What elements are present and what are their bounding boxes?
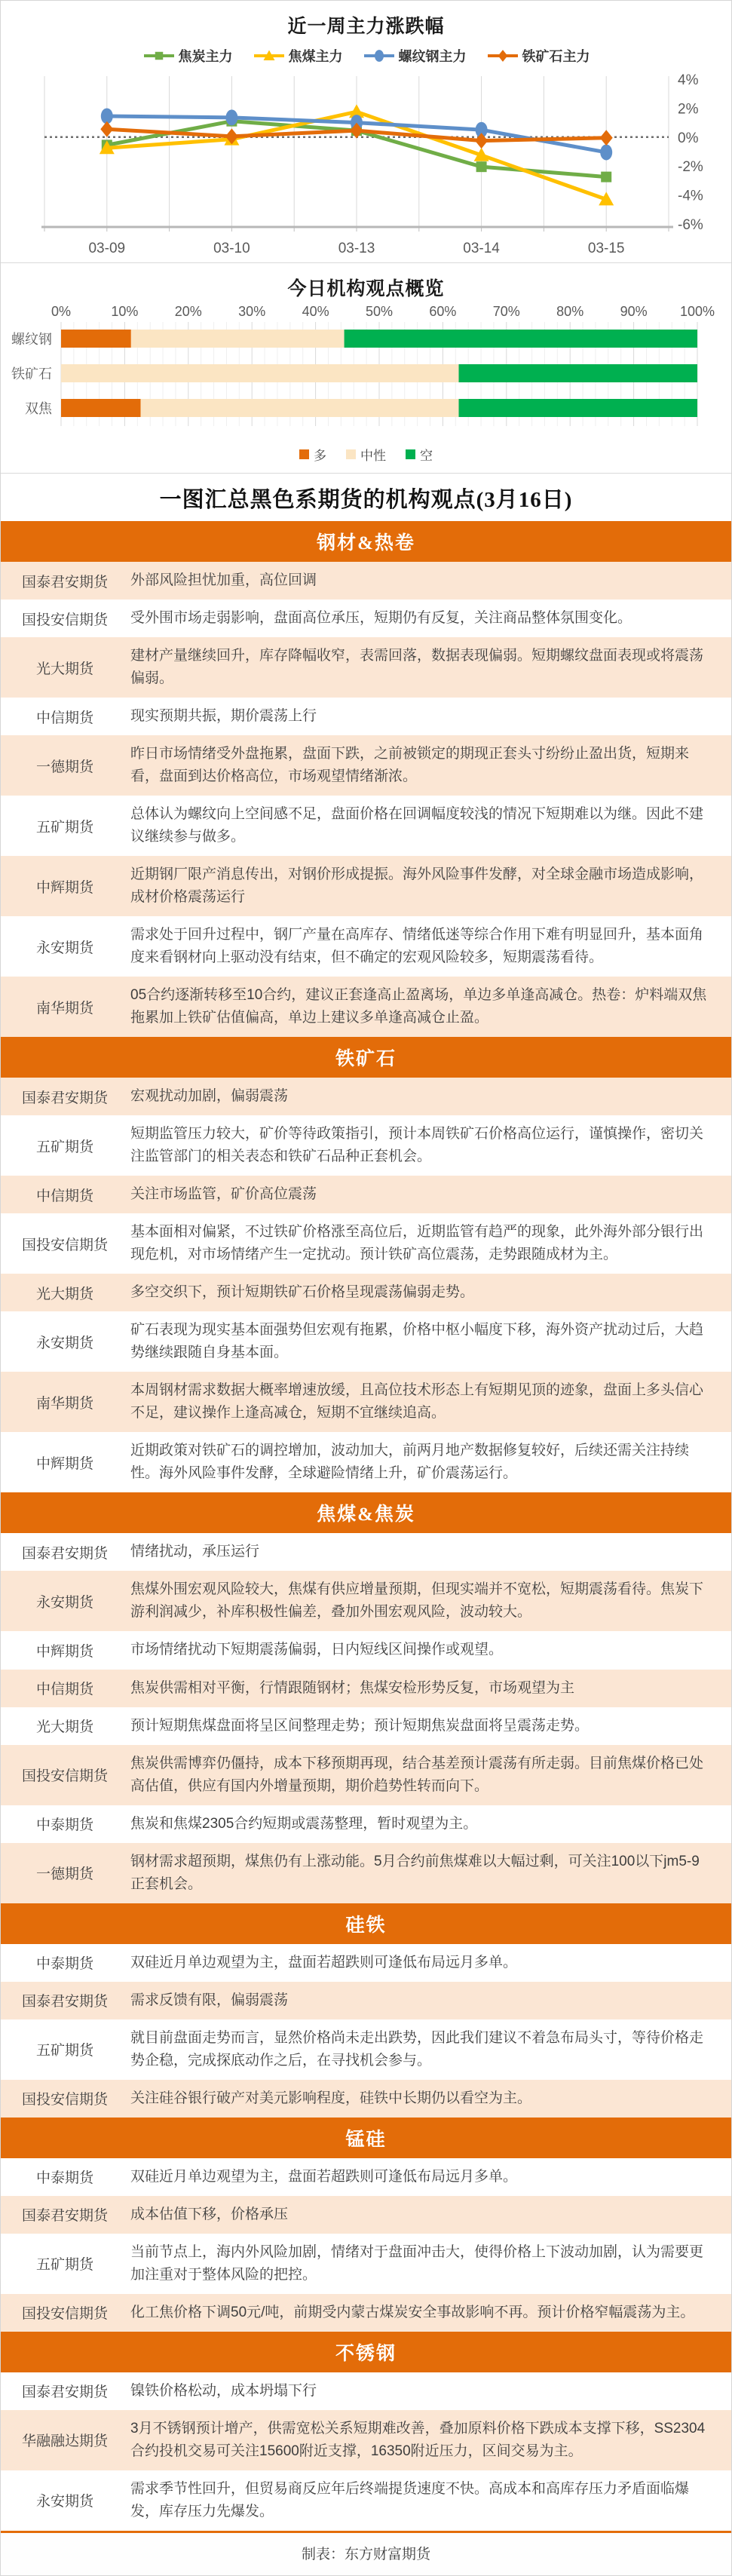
viewpoint-text: 情绪扰动，承压运行 (129, 1533, 731, 1571)
viewpoint-text: 化工焦价格下调50元/吨，前期受内蒙古煤炭安全事故影响不再。预计价格窄幅震荡为主… (129, 2294, 731, 2332)
table-row: 国泰君安期货镍铁价格松动，成本坍塌下行 (1, 2372, 731, 2410)
institution-name: 中辉期货 (1, 1445, 129, 1480)
viewpoint-text: 3月不锈钢预计增产，供需宽松关系短期难改善，叠加原料价格下跌成本支撑下移，SS2… (129, 2410, 731, 2470)
table-row: 南华期货05合约逐渐转移至10合约，建议正套逢高止盈离场，单边多单逢高减仓。热卷… (1, 977, 731, 1037)
table-row: 永安期货焦煤外围宏观风险较大，焦煤有供应增量预期，但现实端并不宽松，短期震荡看待… (1, 1571, 731, 1631)
institution-name: 永安期货 (1, 2482, 129, 2518)
institution-name: 一德期货 (1, 1855, 129, 1891)
table-row: 中泰期货双硅近月单边观望为主，盘面若超跌则可逢低布局远月多单。 (1, 2158, 731, 2196)
svg-text:铁矿石: 铁矿石 (11, 366, 52, 382)
table-row: 五矿期货短期监管压力较大，矿价等待政策指引，预计本周铁矿石价格高位运行，谨慎操作… (1, 1115, 731, 1176)
institution-name: 南华期货 (1, 1385, 129, 1420)
table-row: 光大期货多空交织下，预计短期铁矿石价格呈现震荡偏弱走势。 (1, 1274, 731, 1311)
legend-swatch-icon (346, 449, 356, 459)
table-row: 一德期货昨日市场情绪受外盘拖累，盘面下跌，之前被锁定的期现正套头寸纷纷止盈出货，… (1, 735, 731, 796)
section-header: 焦煤&焦炭 (1, 1492, 731, 1533)
svg-text:双焦: 双焦 (25, 401, 53, 416)
institution-name: 南华期货 (1, 989, 129, 1025)
institution-name: 一德期货 (1, 748, 129, 784)
institution-name: 五矿期货 (1, 1128, 129, 1164)
table-row: 中信期货现实预期共振，期价震荡上行 (1, 698, 731, 735)
svg-text:30%: 30% (238, 304, 265, 319)
viewpoint-text: 外部风险担忧加重，高位回调 (129, 562, 731, 600)
svg-text:4%: 4% (678, 72, 699, 88)
institution-name: 五矿期货 (1, 2032, 129, 2067)
bar-chart-title: 今日机构观点概览 (1, 263, 731, 304)
section-header: 铁矿石 (1, 1037, 731, 1078)
institution-name: 光大期货 (1, 1708, 129, 1743)
legend-item-2: 螺纹钢主力 (363, 46, 467, 66)
table-row: 五矿期货当前节点上，海内外风险加剧，情绪对于盘面冲击大，使得价格上下波动加剧，认… (1, 2234, 731, 2294)
table-row: 国投安信期货化工焦价格下调50元/吨，前期受内蒙古煤炭安全事故影响不再。预计价格… (1, 2294, 731, 2332)
institution-name: 光大期货 (1, 650, 129, 685)
table-row: 国投安信期货关注硅谷银行破产对美元影响程度，硅铁中长期仍以看空为主。 (1, 2080, 731, 2118)
data-point (600, 130, 613, 146)
viewpoint-text: 钢材需求超预期，煤焦仍有上涨动能。5月合约前焦煤难以大幅过剩，可关注100以下j… (129, 1843, 731, 1903)
svg-text:03-15: 03-15 (588, 241, 625, 256)
institution-name: 国投安信期货 (1, 1226, 129, 1262)
data-point (601, 172, 611, 182)
svg-text:-2%: -2% (678, 159, 703, 175)
svg-text:0%: 0% (51, 304, 71, 319)
table-row: 中泰期货双硅近月单边观望为主，盘面若超跌则可逢低布局远月多单。 (1, 1944, 731, 1982)
table-row: 国泰君安期货需求反馈有限，偏弱震荡 (1, 1982, 731, 2019)
legend-label: 铁矿石主力 (522, 46, 590, 66)
legend-marker-icon (142, 47, 176, 65)
viewpoint-text: 成本估值下移，价格承压 (129, 2196, 731, 2234)
svg-text:03-10: 03-10 (213, 241, 250, 256)
institution-name: 华融融达期货 (1, 2422, 129, 2458)
viewpoint-text: 总体认为螺纹向上空间感不足，盘面价格在回调幅度较浅的情况下短期难以为继。因此不建… (129, 796, 731, 856)
table-row: 华融融达期货3月不锈钢预计增产，供需宽松关系短期难改善，叠加原料价格下跌成本支撑… (1, 2410, 731, 2470)
viewpoint-text: 需求季节性回升，但贸易商反应年后终端提货速度不快。高成本和高库存压力矛盾面临爆发… (129, 2470, 731, 2531)
institution-name: 五矿期货 (1, 2246, 129, 2281)
viewpoint-text: 关注硅谷银行破产对美元影响程度，硅铁中长期仍以看空为主。 (129, 2080, 731, 2118)
viewpoint-text: 需求处于回升过程中，钢厂产量在高库存、情绪低迷等综合作用下难有明显回升，基本面角… (129, 916, 731, 977)
section-header: 钢材&热卷 (1, 521, 731, 562)
data-point (475, 133, 488, 149)
table-title: 一图汇总黑色系期货的机构观点(3月16日) (1, 474, 731, 521)
viewpoint-text: 宏观扰动加剧，偏弱震荡 (129, 1078, 731, 1115)
section-header: 锰硅 (1, 2118, 731, 2158)
svg-text:-4%: -4% (678, 189, 703, 204)
table-row: 国泰君安期货宏观扰动加剧，偏弱震荡 (1, 1078, 731, 1115)
svg-text:螺纹钢: 螺纹钢 (11, 332, 52, 347)
svg-text:50%: 50% (366, 304, 393, 319)
table-row: 永安期货需求处于回升过程中，钢厂产量在高库存、情绪低迷等综合作用下难有明显回升，… (1, 916, 731, 977)
table-row: 永安期货需求季节性回升，但贸易商反应年后终端提货速度不快。高成本和高库存压力矛盾… (1, 2470, 731, 2531)
report-page: 近一周主力涨跌幅 焦炭主力焦煤主力螺纹钢主力铁矿石主力 4%2%0%-2%-4%… (0, 0, 732, 2576)
table-row: 永安期货矿石表现为现实基本面强势但宏观有拖累，价格中枢小幅度下移，海外资产扰动过… (1, 1311, 731, 1372)
svg-text:60%: 60% (429, 304, 456, 319)
table-row: 国投安信期货受外围市场走弱影响，盘面高位承压，短期仍有反复，关注商品整体氛围变化… (1, 600, 731, 637)
section-header: 硅铁 (1, 1903, 731, 1944)
data-point (225, 109, 237, 125)
legend-label: 焦炭主力 (179, 46, 233, 66)
bar-segment-多 (61, 330, 131, 348)
institution-name: 永安期货 (1, 1584, 129, 1619)
institution-name: 中泰期货 (1, 2159, 129, 2194)
viewpoint-text: 双硅近月单边观望为主，盘面若超跌则可逢低布局远月多单。 (129, 1944, 731, 1982)
viewpoint-text: 建材产量继续回升，库存降幅收窄，表需回落，数据表现偏弱。短期螺纹盘面表现或将震荡… (129, 637, 731, 698)
institution-name: 中辉期货 (1, 1633, 129, 1668)
institution-name: 国泰君安期货 (1, 1535, 129, 1570)
legend-label: 多 (314, 445, 326, 464)
bar-legend-item-0: 多 (299, 445, 326, 464)
viewpoint-text: 就目前盘面走势而言，显然价格尚未走出跌势，因此我们建议不着急布局头寸，等待价格走… (129, 2019, 731, 2080)
institution-name: 国泰君安期货 (1, 563, 129, 599)
table-row: 中信期货焦炭供需相对平衡，行情跟随钢材；焦煤安检形势反复，市场观望为主 (1, 1670, 731, 1707)
data-point (375, 50, 384, 62)
viewpoint-text: 现实预期共振，期价震荡上行 (129, 698, 731, 735)
bar-segment-空 (459, 364, 698, 382)
svg-text:70%: 70% (493, 304, 520, 319)
institution-name: 国投安信期货 (1, 1757, 129, 1792)
table-row: 南华期货本周钢材需求数据大概率增速放缓，且高位技术形态上有短期见顶的迹象，盘面上… (1, 1372, 731, 1432)
viewpoint-text: 近期钢厂限产消息传出，对钢价形成提振。海外风险事件发酵，对全球金融市场造成影响，… (129, 856, 731, 916)
institution-name: 光大期货 (1, 1275, 129, 1311)
svg-text:80%: 80% (556, 304, 583, 319)
institution-name: 国泰君安期货 (1, 2197, 129, 2232)
institution-name: 五矿期货 (1, 808, 129, 844)
viewpoint-text: 05合约逐渐转移至10合约，建议正套逢高止盈离场，单边多单逢高减仓。热卷：炉料端… (129, 977, 731, 1037)
svg-text:03-14: 03-14 (463, 241, 500, 256)
bar-legend-item-2: 空 (406, 445, 433, 464)
svg-text:90%: 90% (620, 304, 648, 319)
line-chart: 4%2%0%-2%-4%-6%03-0903-1003-1303-1403-15 (1, 67, 731, 259)
table-row: 中信期货关注市场监管，矿价高位震荡 (1, 1176, 731, 1213)
viewpoint-text: 镍铁价格松动，成本坍塌下行 (129, 2372, 731, 2410)
table-row: 光大期货预计短期焦煤盘面将呈区间整理走势；预计短期焦炭盘面将呈震荡走势。 (1, 1707, 731, 1745)
bar-segment-中性 (131, 330, 345, 348)
institution-name: 国投安信期货 (1, 2081, 129, 2116)
viewpoint-table: 钢材&热卷国泰君安期货外部风险担忧加重，高位回调国投安信期货受外围市场走弱影响，… (1, 521, 731, 2531)
table-row: 国投安信期货基本面相对偏紧，不过铁矿价格涨至高位后，近期监管有趋严的现象，此外海… (1, 1213, 731, 1274)
legend-swatch-icon (406, 449, 415, 459)
bar-segment-中性 (141, 399, 459, 417)
viewpoint-text: 双硅近月单边观望为主，盘面若超跌则可逢低布局远月多单。 (129, 2158, 731, 2196)
viewpoint-text: 昨日市场情绪受外盘拖累，盘面下跌，之前被锁定的期现正套头寸纷纷止盈出货，短期来看… (129, 735, 731, 796)
institution-name: 中信期货 (1, 699, 129, 734)
stacked-bar-chart: 0%10%20%30%40%50%60%70%80%90%100%螺纹钢铁矿石双… (1, 304, 731, 437)
viewpoint-text: 预计短期焦煤盘面将呈区间整理走势；预计短期焦炭盘面将呈震荡走势。 (129, 1707, 731, 1745)
svg-text:-6%: -6% (678, 217, 703, 233)
viewpoint-text: 焦煤外围宏观风险较大，焦煤有供应增量预期，但现实端并不宽松，短期震荡看待。焦炭下… (129, 1571, 731, 1631)
institution-name: 中泰期货 (1, 1806, 129, 1842)
table-row: 一德期货钢材需求超预期，煤焦仍有上涨动能。5月合约前焦煤难以大幅过剩，可关注10… (1, 1843, 731, 1903)
legend-item-3: 铁矿石主力 (486, 46, 590, 66)
data-point (600, 144, 612, 160)
institution-name: 永安期货 (1, 1324, 129, 1360)
bar-segment-中性 (61, 364, 459, 382)
legend-swatch-icon (299, 449, 309, 459)
viewpoint-text: 基本面相对偏紧，不过铁矿价格涨至高位后，近期监管有趋严的现象，此外海外部分银行出… (129, 1213, 731, 1274)
institution-name: 国泰君安期货 (1, 1079, 129, 1115)
svg-text:100%: 100% (680, 304, 715, 319)
legend-label: 焦煤主力 (289, 46, 343, 66)
institution-name: 永安期货 (1, 929, 129, 964)
viewpoint-text: 焦炭供需博弈仍僵持，成本下移预期再现，结合基差预计震荡有所走弱。目前焦煤价格已处… (129, 1745, 731, 1805)
viewpoint-text: 短期监管压力较大，矿价等待政策指引，预计本周铁矿石价格高位运行，谨慎操作，密切关… (129, 1115, 731, 1176)
table-row: 中辉期货近期钢厂限产消息传出，对钢价形成提振。海外风险事件发酵，对全球金融市场造… (1, 856, 731, 916)
viewpoint-text: 焦炭供需相对平衡，行情跟随钢材；焦煤安检形势反复，市场观望为主 (129, 1670, 731, 1707)
table-row: 国泰君安期货情绪扰动，承压运行 (1, 1533, 731, 1571)
institution-name: 中辉期货 (1, 869, 129, 904)
svg-text:03-13: 03-13 (338, 241, 375, 256)
legend-item-1: 焦煤主力 (253, 46, 343, 66)
svg-text:40%: 40% (302, 304, 329, 319)
bar-legend-item-1: 中性 (346, 445, 386, 464)
institution-name: 中信期货 (1, 1670, 129, 1706)
viewpoint-text: 本周钢材需求数据大概率增速放缓，且高位技术形态上有短期见顶的迹象，盘面上多头信心… (129, 1372, 731, 1432)
table-row: 国泰君安期货成本估值下移，价格承压 (1, 2196, 731, 2234)
data-point (155, 52, 163, 60)
institution-name: 国泰君安期货 (1, 2373, 129, 2409)
legend-marker-icon (363, 47, 396, 65)
data-point (498, 50, 507, 62)
table-row: 国投安信期货焦炭供需博弈仍僵持，成本下移预期再现，结合基差预计震荡有所走弱。目前… (1, 1745, 731, 1805)
bar-segment-多 (61, 399, 141, 417)
svg-text:2%: 2% (678, 101, 699, 117)
table-row: 中泰期货焦炭和焦煤2305合约短期或震荡整理，暂时观望为主。 (1, 1805, 731, 1843)
table-row: 中辉期货市场情绪扰动下短期震荡偏弱，日内短线区间操作或观望。 (1, 1631, 731, 1669)
legend-marker-icon (486, 47, 519, 65)
table-row: 五矿期货总体认为螺纹向上空间感不足，盘面价格在回调幅度较浅的情况下短期难以为继。… (1, 796, 731, 856)
footer-credit: 制表：东方财富期货 (1, 2531, 731, 2575)
svg-text:10%: 10% (111, 304, 138, 319)
weekly-change-chart-block: 近一周主力涨跌幅 焦炭主力焦煤主力螺纹钢主力铁矿石主力 4%2%0%-2%-4%… (1, 1, 731, 262)
viewpoint-text: 焦炭和焦煤2305合约短期或震荡整理，暂时观望为主。 (129, 1805, 731, 1843)
institution-name: 国投安信期货 (1, 2295, 129, 2330)
line-chart-legend: 焦炭主力焦煤主力螺纹钢主力铁矿石主力 (1, 41, 731, 67)
legend-label: 空 (420, 445, 433, 464)
institution-name: 国泰君安期货 (1, 1983, 129, 2018)
legend-label: 螺纹钢主力 (399, 46, 467, 66)
institution-view-chart-block: 今日机构观点概览 0%10%20%30%40%50%60%70%80%90%10… (1, 263, 731, 473)
legend-item-0: 焦炭主力 (142, 46, 233, 66)
viewpoint-text: 需求反馈有限，偏弱震荡 (129, 1982, 731, 2019)
viewpoint-text: 多空交织下，预计短期铁矿石价格呈现震荡偏弱走势。 (129, 1274, 731, 1311)
table-row: 国泰君安期货外部风险担忧加重，高位回调 (1, 562, 731, 600)
bar-segment-空 (459, 399, 698, 417)
table-row: 五矿期货就目前盘面走势而言，显然价格尚未走出跌势，因此我们建议不着急布局头寸，等… (1, 2019, 731, 2080)
svg-text:20%: 20% (175, 304, 202, 319)
section-header: 不锈钢 (1, 2332, 731, 2372)
institution-name: 中信期货 (1, 1177, 129, 1213)
viewpoint-text: 矿石表现为现实基本面强势但宏观有拖累，价格中枢小幅度下移，海外资产扰动过后，大趋… (129, 1311, 731, 1372)
table-row: 光大期货建材产量继续回升，库存降幅收窄，表需回落，数据表现偏弱。短期螺纹盘面表现… (1, 637, 731, 698)
legend-label: 中性 (360, 445, 386, 464)
legend-marker-icon (253, 47, 286, 65)
data-point (476, 161, 487, 172)
svg-text:0%: 0% (678, 130, 699, 146)
viewpoint-text: 关注市场监管，矿价高位震荡 (129, 1176, 731, 1213)
data-point (100, 121, 113, 137)
table-row: 中辉期货近期政策对铁矿石的调控增加，波动加大，前两月地产数据修复较好，后续还需关… (1, 1432, 731, 1492)
institution-name: 国投安信期货 (1, 601, 129, 636)
bar-segment-空 (345, 330, 697, 348)
viewpoint-text: 市场情绪扰动下短期震荡偏弱，日内短线区间操作或观望。 (129, 1631, 731, 1669)
institution-name: 中泰期货 (1, 1945, 129, 1980)
viewpoint-text: 近期政策对铁矿石的调控增加，波动加大，前两月地产数据修复较好，后续还需关注持续性… (129, 1432, 731, 1492)
viewpoint-text: 受外围市场走弱影响，盘面高位承压，短期仍有反复，关注商品整体氛围变化。 (129, 600, 731, 637)
viewpoint-text: 当前节点上，海内外风险加剧，情绪对于盘面冲击大，使得价格上下波动加剧，认为需要更… (129, 2234, 731, 2294)
line-chart-title: 近一周主力涨跌幅 (1, 1, 731, 41)
bar-chart-legend: 多中性空 (1, 440, 731, 473)
svg-text:03-09: 03-09 (88, 241, 125, 256)
